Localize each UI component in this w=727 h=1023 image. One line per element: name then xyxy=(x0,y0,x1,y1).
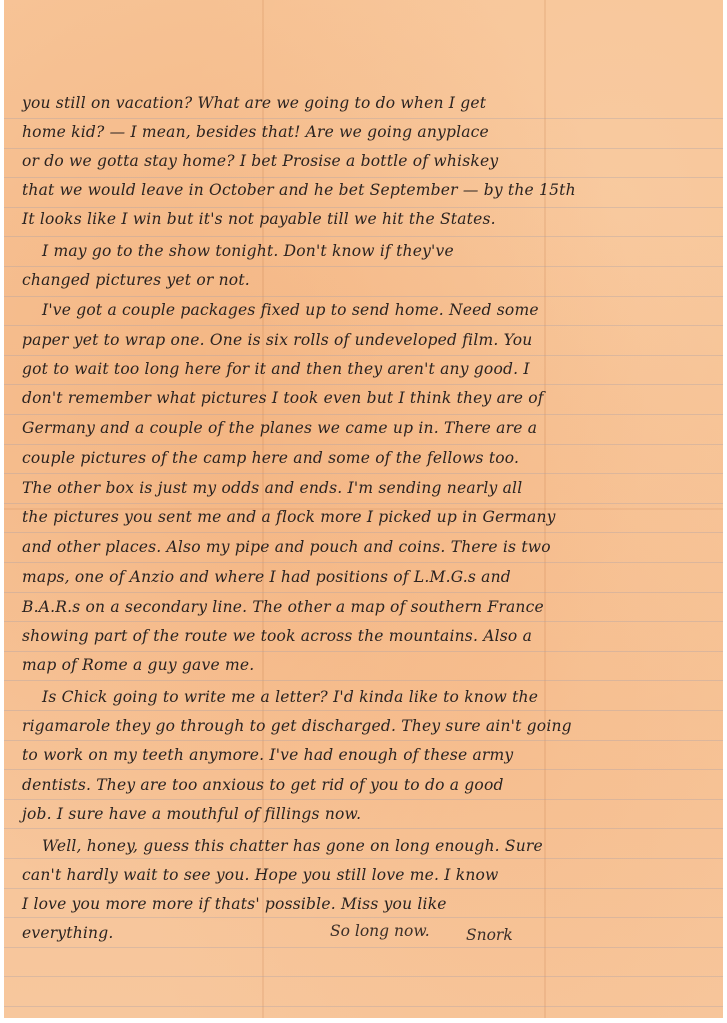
letter-line: dentists. They are too anxious to get ri… xyxy=(22,770,504,800)
letter-line: It looks like I win but it's not payable… xyxy=(22,204,496,234)
letter-line: home kid? — I mean, besides that! Are we… xyxy=(22,117,489,147)
letter-line: map of Rome a guy gave me. xyxy=(22,650,254,680)
letter-line: everything. xyxy=(22,918,113,948)
letter-line: can't hardly wait to see you. Hope you s… xyxy=(22,860,499,890)
letter-page: you still on vacation? What are we going… xyxy=(4,0,723,1018)
letter-line: The other box is just my odds and ends. … xyxy=(22,473,522,503)
letter-line: job. I sure have a mouthful of fillings … xyxy=(22,799,361,829)
letter-line: I've got a couple packages fixed up to s… xyxy=(22,295,539,325)
letter-closing: So long now. xyxy=(330,916,430,946)
letter-signature: Snork xyxy=(466,920,513,950)
letter-line: showing part of the route we took across… xyxy=(22,621,532,651)
letter-line: Is Chick going to write me a letter? I'd… xyxy=(22,682,538,712)
letter-line: couple pictures of the camp here and som… xyxy=(22,443,519,473)
ruled-line xyxy=(4,680,723,681)
letter-line: I may go to the show tonight. Don't know… xyxy=(22,236,454,266)
letter-line: or do we gotta stay home? I bet Prosise … xyxy=(22,146,498,176)
letter-line: got to wait too long here for it and the… xyxy=(22,354,530,384)
letter-line: changed pictures yet or not. xyxy=(22,265,250,295)
ruled-line xyxy=(4,976,723,977)
letter-line: I love you more more if thats' possible.… xyxy=(22,889,447,919)
letter-line: Germany and a couple of the planes we ca… xyxy=(22,413,537,443)
letter-line: that we would leave in October and he be… xyxy=(22,175,576,205)
letter-line: don't remember what pictures I took even… xyxy=(22,383,544,413)
letter-line: B.A.R.s on a secondary line. The other a… xyxy=(22,592,544,622)
letter-line: and other places. Also my pipe and pouch… xyxy=(22,532,551,562)
ruled-line xyxy=(4,1006,723,1007)
letter-line: you still on vacation? What are we going… xyxy=(22,88,486,118)
letter-line: maps, one of Anzio and where I had posit… xyxy=(22,562,511,592)
letter-line: rigamarole they go through to get discha… xyxy=(22,711,572,741)
letter-line: Well, honey, guess this chatter has gone… xyxy=(22,831,543,861)
letter-line: paper yet to wrap one. One is six rolls … xyxy=(22,325,532,355)
letter-line: to work on my teeth anymore. I've had en… xyxy=(22,740,513,770)
letter-line: the pictures you sent me and a flock mor… xyxy=(22,502,556,532)
